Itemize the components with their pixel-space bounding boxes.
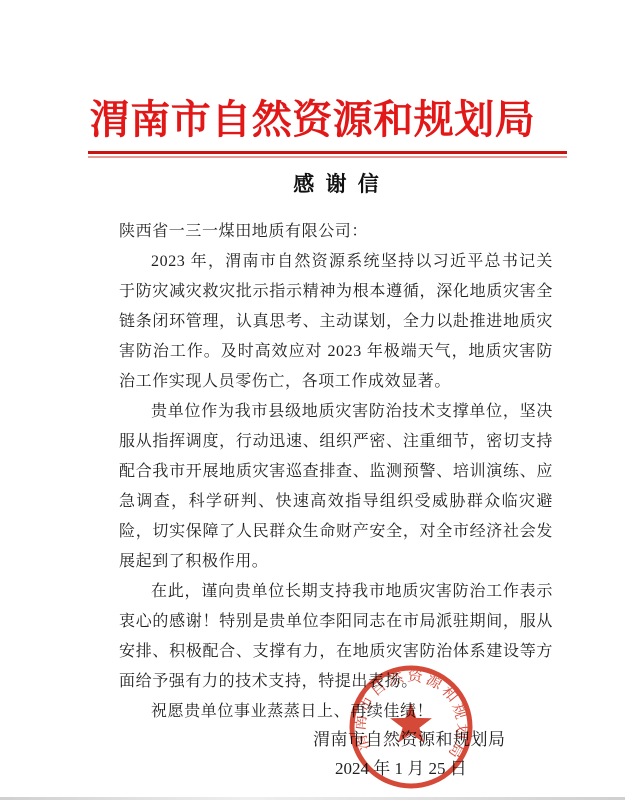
signature-org: 渭南市自然资源和规划局	[313, 730, 506, 750]
signature-date: 2024 年 1 月 25 日	[335, 759, 467, 779]
divider-thin-line	[88, 156, 567, 158]
letterhead-divider	[88, 151, 567, 158]
letter-body: 陕西省一三一煤田地质有限公司： 2023 年，渭南市自然资源系统坚持以习近平总书…	[119, 217, 553, 727]
document-title: 感 谢 信	[119, 169, 553, 199]
paragraph-1: 2023 年，渭南市自然资源系统坚持以习近平总书记关于防灾减灾救灾批示指示精神为…	[119, 247, 553, 397]
letterhead-org-title: 渭南市自然资源和规划局	[0, 92, 625, 148]
paragraph-4: 祝愿贵单位事业蒸蒸日上、再续佳绩！	[119, 697, 553, 727]
letter-page: 渭南市自然资源和规划局 感 谢 信 陕西省一三一煤田地质有限公司： 2023 年…	[0, 0, 625, 800]
paragraph-2: 贵单位作为我市县级地质灾害防治技术支撑单位，坚决服从指挥调度，行动迅速、组织严密…	[119, 397, 553, 577]
paragraph-3: 在此，谨向贵单位长期支持我市地质灾害防治工作表示衷心的感谢！特别是贵单位李阳同志…	[119, 577, 553, 697]
divider-thick-line	[88, 151, 567, 154]
salutation: 陕西省一三一煤田地质有限公司：	[119, 217, 553, 247]
